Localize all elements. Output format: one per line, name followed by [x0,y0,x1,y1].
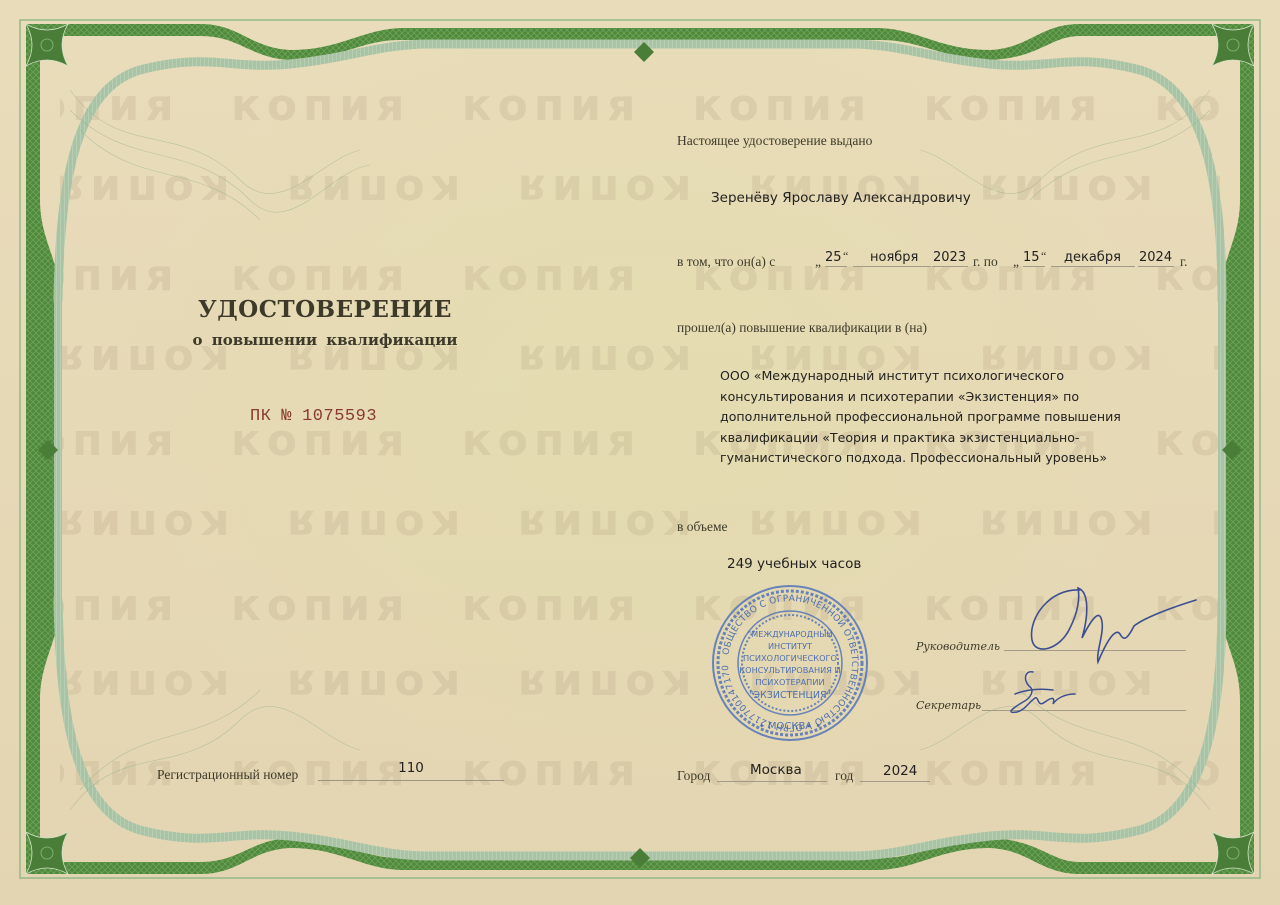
organization-line: гуманистического подхода. Профессиональн… [720,448,1160,469]
organization-line: ООО «Международный институт психологичес… [720,366,1160,387]
secretary-label: Секретарь [916,699,981,712]
organization-line: дополнительной профессиональной программ… [720,407,1160,428]
organization-stamp: ОБЩЕСТВО С ОГРАНИЧЕННОЙ ОТВЕТСТВЕННОСТЬЮ… [710,582,870,744]
registration-label: Регистрационный номер [157,767,298,783]
city-label: Город [677,768,710,784]
year-label: год [835,768,853,784]
stamp-city: • МОСКВА • [759,721,821,732]
organization-program: ООО «Международный институт психологичес… [720,366,1160,469]
training-label: прошел(а) повышение квалификации в (на) [677,320,927,336]
stamp-line: "МЕЖДУНАРОДНЫЙ [747,628,832,639]
organization-line: квалификации «Теория и практика экзистен… [720,428,1160,449]
start-day: 25 [825,250,842,265]
certificate-subtitle: о повышении квалификации [150,331,500,349]
city-value: Москва [750,762,802,778]
stamp-line: ПСИХОЛОГИЧЕСКОГО [743,653,837,663]
stamp-line: "ЭКЗИСТЕНЦИЯ" [749,690,831,701]
end-year-underline [1138,266,1174,267]
director-label: Руководитель [916,640,1000,653]
open-quote-2: „ [1013,254,1019,270]
director-signature [1020,578,1200,668]
end-month: декабря [1064,250,1121,265]
year-underline [860,781,930,782]
period-prefix: в том, что он(а) с [677,254,775,270]
end-day: 15 [1023,250,1040,265]
stamp-line: ИНСТИТУТ [768,641,813,651]
stamp-line: КОНСУЛЬТИРОВАНИЯ И [739,665,840,675]
city-underline [717,781,827,782]
serial-digits: 1075593 [302,407,377,426]
year-suffix-1: г. по [973,254,998,270]
end-month-underline [1051,266,1135,267]
end-day-underline [1023,266,1045,267]
start-year: 2023 [933,250,966,265]
registration-underline [318,780,504,781]
serial-prefix: ПК [250,407,271,426]
stamp-line: ПСИХОТЕРАПИИ [755,677,824,687]
recipient-name: Зеренёву Ярославу Александровичу [711,190,971,206]
organization-line: консультирования и психотерапии «Экзисте… [720,387,1160,408]
certificate-title: УДОСТОВЕРЕНИЕ [160,296,490,323]
open-quote: „ [815,254,821,270]
volume-label: в объеме [677,519,728,535]
secretary-signature [995,668,1085,720]
volume-value: 249 учебных часов [727,556,861,572]
close-quote: “ [843,249,848,264]
start-year-underline [932,266,968,267]
year-value: 2024 [883,763,917,779]
start-month: ноября [870,250,918,265]
end-year: 2024 [1139,250,1172,265]
start-month-underline [853,266,931,267]
issued-label: Настоящее удостоверение выдано [677,133,872,149]
registration-number: 110 [318,760,504,776]
year-suffix-2: г. [1180,254,1187,270]
start-day-underline [825,266,847,267]
serial-sign: № [281,407,292,426]
close-quote-2: “ [1041,249,1046,264]
serial-number: ПК№1075593 [250,407,387,426]
